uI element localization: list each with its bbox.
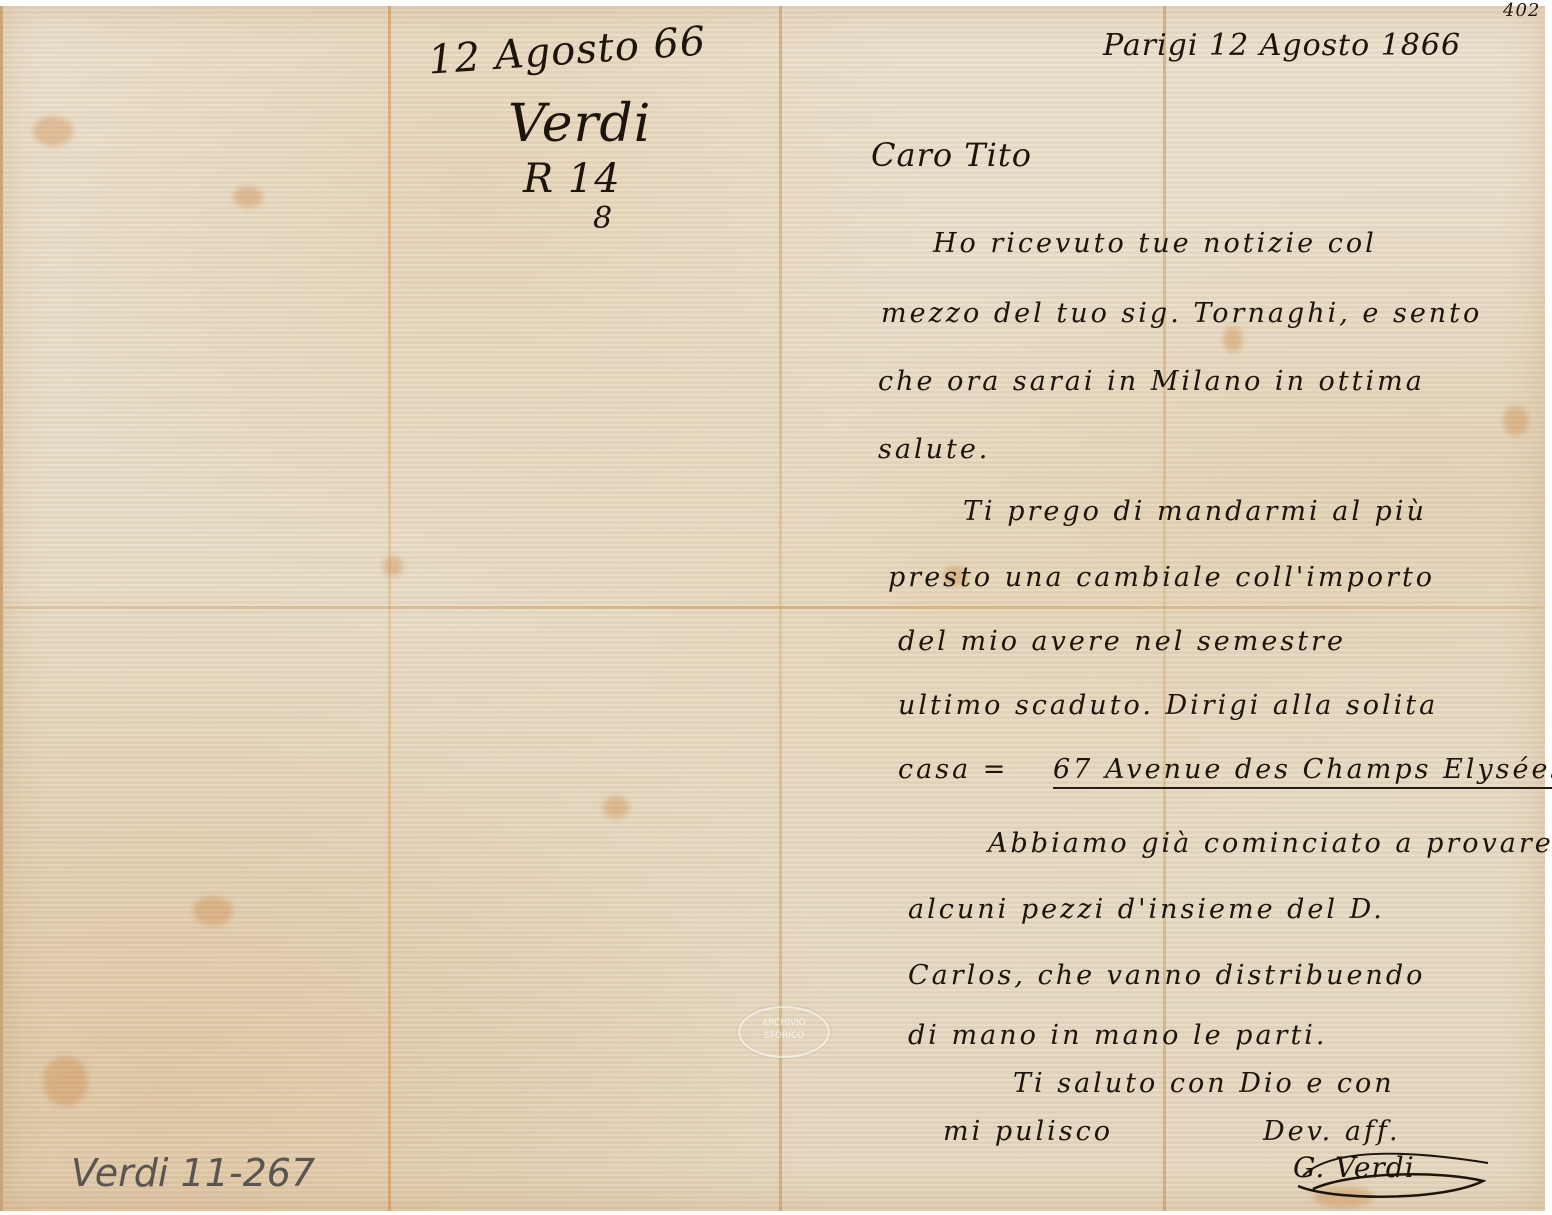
letter-line: ultimo scaduto. Dirigi alla solita bbox=[898, 690, 1438, 721]
docket-date: 12 Agosto 66 bbox=[427, 18, 708, 83]
letter-line: casa = bbox=[898, 754, 1008, 785]
archive-stamp: ARCHIVIO STORICO bbox=[738, 1006, 830, 1058]
letter-sheet: 12 Agosto 66 Verdi R 14 8 402 Parigi 12 … bbox=[0, 6, 1545, 1211]
letter-line: Ho ricevuto tue notizie col bbox=[933, 228, 1377, 259]
letter-line: che ora sarai in Milano in ottima bbox=[878, 366, 1425, 397]
address-underlined: 67 Avenue des Champs Elysées bbox=[1053, 754, 1552, 789]
letter-line: del mio avere nel semestre bbox=[898, 626, 1346, 657]
pencil-archive-note: Verdi 11-267 bbox=[71, 1151, 315, 1195]
letter-line: Carlos, che vanno distribuendo bbox=[908, 960, 1425, 991]
letter-line: alcuni pezzi d'insieme del D. bbox=[908, 894, 1385, 925]
salutation: Caro Tito bbox=[871, 136, 1032, 174]
letter-line: mi pulisco bbox=[943, 1116, 1113, 1147]
stamp-text: ARCHIVIO bbox=[740, 1017, 828, 1030]
stain bbox=[43, 1056, 88, 1106]
letter-line: Ti saluto con Dio e con bbox=[1013, 1068, 1395, 1099]
docket-subreference: 8 bbox=[593, 201, 613, 236]
archive-number: 402 bbox=[1503, 0, 1540, 21]
stain bbox=[33, 116, 73, 146]
stain bbox=[383, 556, 403, 576]
letter-line: mezzo del tuo sig. Tornaghi, e sento bbox=[881, 298, 1482, 329]
stain bbox=[233, 186, 263, 208]
stain bbox=[1223, 326, 1243, 352]
dateline: Parigi 12 Agosto 1866 bbox=[1103, 28, 1461, 63]
letter-line: salute. bbox=[878, 434, 990, 465]
fold-line-horizontal bbox=[3, 606, 1545, 609]
letter-line: presto una cambiale coll'importo bbox=[888, 562, 1435, 593]
letter-line: di mano in mano le parti. bbox=[908, 1020, 1328, 1051]
stain bbox=[1503, 406, 1529, 436]
stamp-text: STORICO bbox=[740, 1030, 828, 1043]
letter-line: Abbiamo già cominciato a provare bbox=[988, 828, 1552, 859]
letter-line: Ti prego di mandarmi al più bbox=[963, 496, 1427, 527]
docket-reference: R 14 bbox=[523, 156, 621, 202]
docket-name: Verdi bbox=[508, 94, 651, 154]
signature: G. Verdi bbox=[1293, 1151, 1415, 1184]
stain bbox=[603, 796, 629, 818]
stain bbox=[193, 896, 233, 926]
